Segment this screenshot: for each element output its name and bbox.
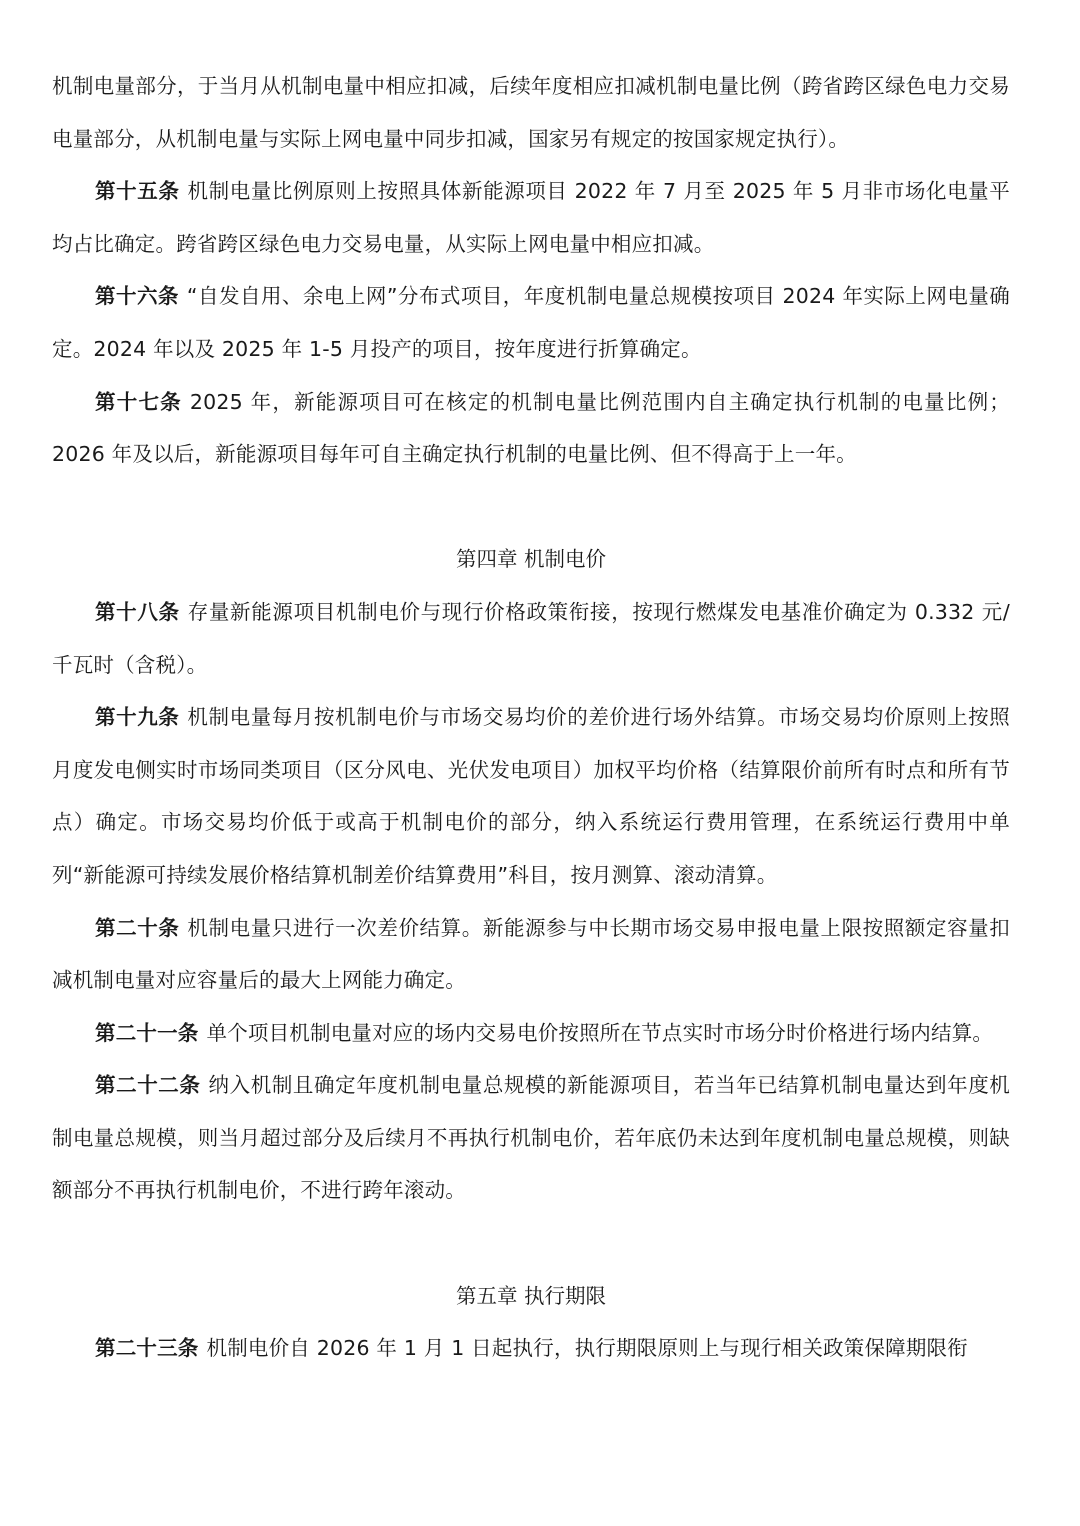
article-text: 存量新能源项目机制电价与现行价格政策衔接，按现行燃煤发电基准价确定为 0.332… <box>52 600 1010 677</box>
article-label: 第二十一条 <box>95 1021 199 1045</box>
article-label: 第十五条 <box>95 179 179 203</box>
article-22: 第二十二条纳入机制且确定年度机制电量总规模的新能源项目，若当年已结算机制电量达到… <box>52 1059 1010 1217</box>
article-21: 第二十一条单个项目机制电量对应的场内交易电价按照所在节点实时市场分时价格进行场内… <box>52 1007 1010 1060</box>
chapter-4-title: 第四章 机制电价 <box>52 533 1010 586</box>
article-16: 第十六条“自发自用、余电上网”分布式项目，年度机制电量总规模按项目 2024 年… <box>52 270 1010 375</box>
article-17: 第十七条2025 年，新能源项目可在核定的机制电量比例范围内自主确定执行机制的电… <box>52 376 1010 481</box>
document-page: 机制电量部分，于当月从机制电量中相应扣减，后续年度相应扣减机制电量比例（跨省跨区… <box>52 60 1010 1375</box>
article-23: 第二十三条机制电价自 2026 年 1 月 1 日起执行，执行期限原则上与现行相… <box>52 1322 1010 1375</box>
spacer <box>52 1217 1010 1270</box>
article-label: 第十九条 <box>95 705 179 729</box>
continuation-paragraph: 机制电量部分，于当月从机制电量中相应扣减，后续年度相应扣减机制电量比例（跨省跨区… <box>52 60 1010 165</box>
article-label: 第二十条 <box>95 916 179 940</box>
article-label: 第二十三条 <box>95 1336 199 1360</box>
chapter-5-title: 第五章 执行期限 <box>52 1270 1010 1323</box>
article-text: “自发自用、余电上网”分布式项目，年度机制电量总规模按项目 2024 年实际上网… <box>52 284 1010 361</box>
article-label: 第二十二条 <box>95 1073 201 1097</box>
spacer <box>52 481 1010 534</box>
article-15: 第十五条机制电量比例原则上按照具体新能源项目 2022 年 7 月至 2025 … <box>52 165 1010 270</box>
article-text: 机制电价自 2026 年 1 月 1 日起执行，执行期限原则上与现行相关政策保障… <box>207 1336 968 1360</box>
article-label: 第十八条 <box>95 600 180 624</box>
article-text: 单个项目机制电量对应的场内交易电价按照所在节点实时市场分时价格进行场内结算。 <box>207 1021 994 1045</box>
article-20: 第二十条机制电量只进行一次差价结算。新能源参与中长期市场交易申报电量上限按照额定… <box>52 902 1010 1007</box>
article-18: 第十八条存量新能源项目机制电价与现行价格政策衔接，按现行燃煤发电基准价确定为 0… <box>52 586 1010 691</box>
article-text: 机制电量只进行一次差价结算。新能源参与中长期市场交易申报电量上限按照额定容量扣减… <box>52 916 1010 993</box>
article-text: 机制电量每月按机制电价与市场交易均价的差价进行场外结算。市场交易均价原则上按照月… <box>52 705 1010 887</box>
article-label: 第十六条 <box>95 284 179 308</box>
article-19: 第十九条机制电量每月按机制电价与市场交易均价的差价进行场外结算。市场交易均价原则… <box>52 691 1010 901</box>
article-text: 2025 年，新能源项目可在核定的机制电量比例范围内自主确定执行机制的电量比例；… <box>52 390 1010 467</box>
article-text: 机制电量比例原则上按照具体新能源项目 2022 年 7 月至 2025 年 5 … <box>52 179 1010 256</box>
article-label: 第十七条 <box>95 390 182 414</box>
